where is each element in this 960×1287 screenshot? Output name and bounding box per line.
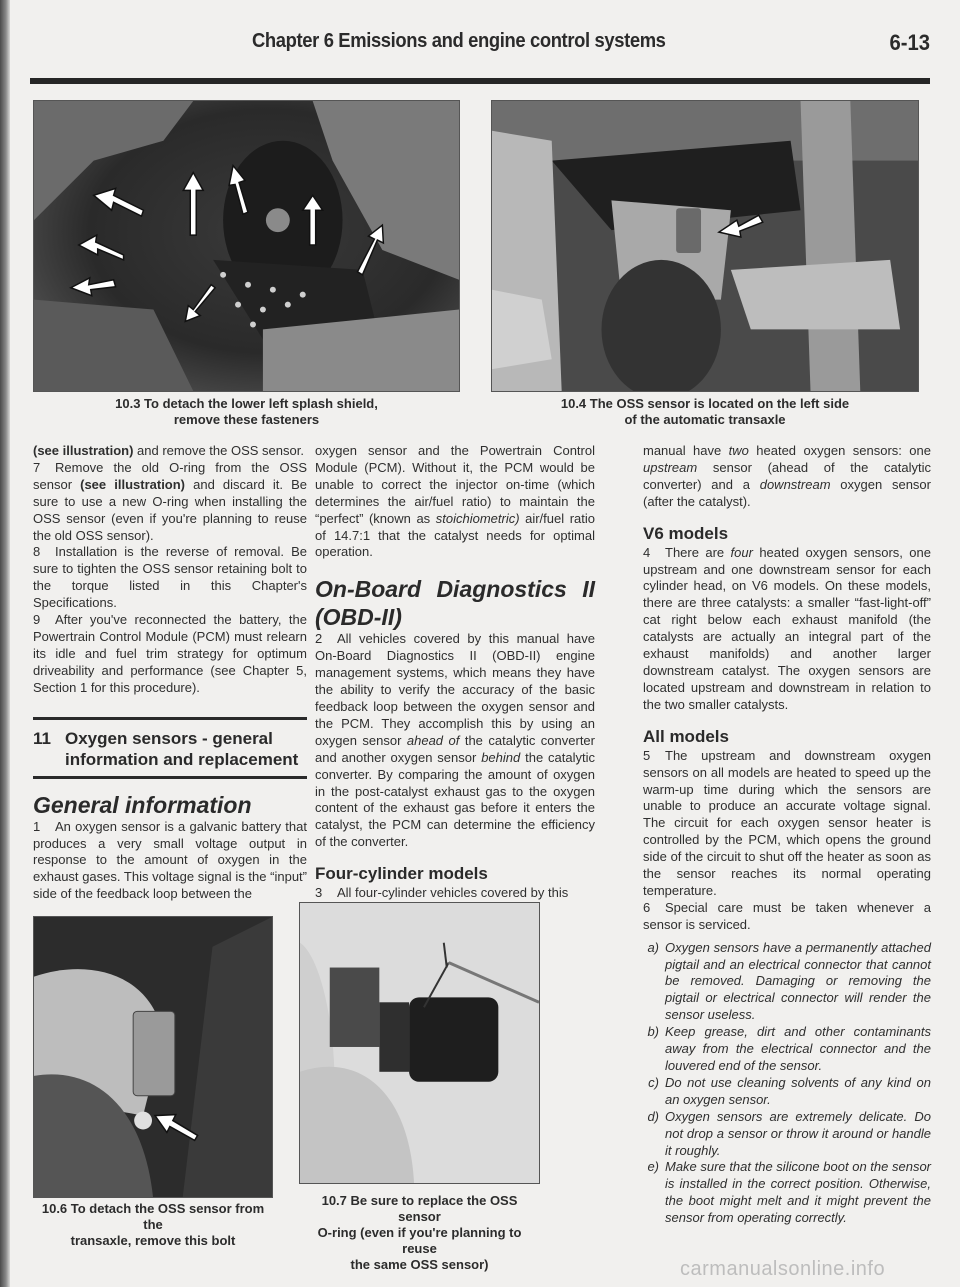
paragraph-number: 7	[33, 460, 55, 477]
figure-10-4-caption: 10.4 The OSS sensor is located on the le…	[491, 396, 919, 428]
figure-10-3-caption: 10.3 To detach the lower left splash shi…	[33, 396, 460, 428]
text: heated oxygen sensors, one upstream and …	[643, 545, 931, 712]
paragraph-number: 1	[33, 819, 55, 836]
caption-line: 10.4 The OSS sensor is located on the le…	[491, 396, 919, 412]
list-letter: e)	[643, 1159, 665, 1227]
paragraph-number: 5	[643, 748, 665, 765]
figure-10-6-caption: 10.6 To detach the OSS sensor from the t…	[33, 1201, 273, 1249]
text: Installation is the reverse of removal. …	[33, 544, 307, 610]
text: All four-cylinder vehicles covered by th…	[337, 885, 568, 900]
watermark: carmanualsonline.info	[680, 1258, 885, 1281]
v6-models-heading: V6 models	[643, 523, 931, 545]
caption-line: O-ring (even if you're planning to reuse	[299, 1225, 540, 1257]
oss-sensor-oring-photo-icon	[300, 903, 539, 1183]
section-number: 11	[33, 728, 65, 770]
page-binding-edge	[0, 0, 10, 1287]
oss-sensor-location-photo-icon	[492, 101, 918, 391]
text: manual have	[643, 443, 729, 458]
chapter-title: Chapter 6 Emissions and engine control s…	[252, 30, 666, 53]
oss-sensor-bolt-photo-icon	[34, 917, 272, 1197]
paragraph-4: 4There are four heated oxygen sensors, o…	[643, 545, 931, 714]
emphasis: ahead of	[407, 733, 459, 748]
page-number: 6-13	[889, 30, 930, 56]
text: and remove the OSS sensor.	[133, 443, 304, 458]
paragraph-6: 6Special care must be taken whenever a s…	[643, 900, 931, 934]
column-2: oxygen sensor and the Powertrain Control…	[315, 443, 595, 902]
caption-line: remove these fasteners	[33, 412, 460, 428]
list-text: Keep grease, dirt and other contaminants…	[665, 1024, 931, 1075]
caption-line: transaxle, remove this bolt	[33, 1233, 273, 1249]
emphasis: two	[729, 443, 749, 458]
text: heated oxygen sensors: one	[749, 443, 931, 458]
text: Special care must be taken whenever a se…	[643, 900, 931, 932]
list-letter: d)	[643, 1109, 665, 1160]
see-illustration-ref: (see illustration)	[80, 477, 185, 492]
list-letter: b)	[643, 1024, 665, 1075]
figure-10-7-caption: 10.7 Be sure to replace the OSS sensor O…	[299, 1193, 540, 1273]
column-1: (see illustration) and remove the OSS se…	[33, 443, 307, 903]
paragraph-3: 3All four-cylinder vehicles covered by t…	[315, 885, 595, 902]
paragraph-1-continued: oxygen sensor and the Powertrain Control…	[315, 443, 595, 561]
figure-10-7-photo	[299, 902, 540, 1184]
caption-line: 10.6 To detach the OSS sensor from the	[33, 1201, 273, 1233]
list-letter: c)	[643, 1075, 665, 1109]
four-cylinder-models-heading: Four-cylinder models	[315, 863, 595, 885]
caution-list-item: b)Keep grease, dirt and other contaminan…	[643, 1024, 931, 1075]
header-rule	[30, 78, 930, 84]
page-header: Chapter 6 Emissions and engine control s…	[30, 30, 930, 60]
figure-10-6-photo	[33, 916, 273, 1198]
paragraph-number: 4	[643, 545, 665, 562]
list-text: Oxygen sensors are extremely delicate. D…	[665, 1109, 931, 1160]
general-information-heading: General information	[33, 791, 307, 819]
figure-10-3-photo	[33, 100, 460, 392]
text: There are	[665, 545, 731, 560]
text: All vehicles covered by this manual have…	[315, 631, 595, 747]
obd-ii-heading: On-Board Diagnostics II (OBD-II)	[315, 575, 595, 631]
column-3: manual have two heated oxygen sensors: o…	[643, 443, 931, 1227]
caution-list-item: c)Do not use cleaning solvents of any ki…	[643, 1075, 931, 1109]
list-text: Oxygen sensors have a permanently attach…	[665, 940, 931, 1025]
paragraph-number: 3	[315, 885, 337, 902]
caption-line: 10.7 Be sure to replace the OSS sensor	[299, 1193, 540, 1225]
emphasis: four	[731, 545, 753, 560]
paragraph-number: 2	[315, 631, 337, 648]
paragraph-8: 8Installation is the reverse of removal.…	[33, 544, 307, 612]
splash-shield-photo-icon	[34, 101, 459, 391]
paragraph-6-continued: (see illustration) and remove the OSS se…	[33, 443, 307, 460]
paragraph-number: 6	[643, 900, 665, 917]
text: After you've reconnected the battery, th…	[33, 612, 307, 695]
see-illustration-ref: (see illustration)	[33, 443, 133, 458]
section-title: information and replacement	[65, 749, 298, 770]
section-title: Oxygen sensors - general	[65, 728, 298, 749]
caption-line: of the automatic transaxle	[491, 412, 919, 428]
paragraph-2: 2All vehicles covered by this manual hav…	[315, 631, 595, 851]
caution-list-item: e)Make sure that the silicone boot on th…	[643, 1159, 931, 1227]
emphasis: upstream	[643, 460, 697, 475]
caution-list-item: d)Oxygen sensors are extremely delicate.…	[643, 1109, 931, 1160]
paragraph-9: 9After you've reconnected the battery, t…	[33, 612, 307, 697]
text: An oxygen sensor is a galvanic battery t…	[33, 819, 307, 902]
list-text: Make sure that the silicone boot on the …	[665, 1159, 931, 1227]
paragraph-7: 7Remove the old O-ring from the OSS sens…	[33, 460, 307, 545]
paragraph-1: 1An oxygen sensor is a galvanic battery …	[33, 819, 307, 904]
emphasis: downstream	[760, 477, 831, 492]
paragraph-3-continued: manual have two heated oxygen sensors: o…	[643, 443, 931, 511]
caption-line: the same OSS sensor)	[299, 1257, 540, 1273]
all-models-heading: All models	[643, 726, 931, 748]
text: The upstream and downstream oxygen senso…	[643, 748, 931, 898]
emphasis: behind	[481, 750, 520, 765]
figure-10-4-photo	[491, 100, 919, 392]
emphasis: stoichiometric)	[436, 511, 520, 526]
list-letter: a)	[643, 940, 665, 1025]
paragraph-5: 5The upstream and downstream oxygen sens…	[643, 748, 931, 900]
paragraph-number: 8	[33, 544, 55, 561]
section-11-heading: 11 Oxygen sensors - general information …	[33, 720, 307, 776]
caption-line: 10.3 To detach the lower left splash shi…	[33, 396, 460, 412]
caution-list-item: a)Oxygen sensors have a permanently atta…	[643, 940, 931, 1025]
paragraph-number: 9	[33, 612, 55, 629]
list-text: Do not use cleaning solvents of any kind…	[665, 1075, 931, 1109]
